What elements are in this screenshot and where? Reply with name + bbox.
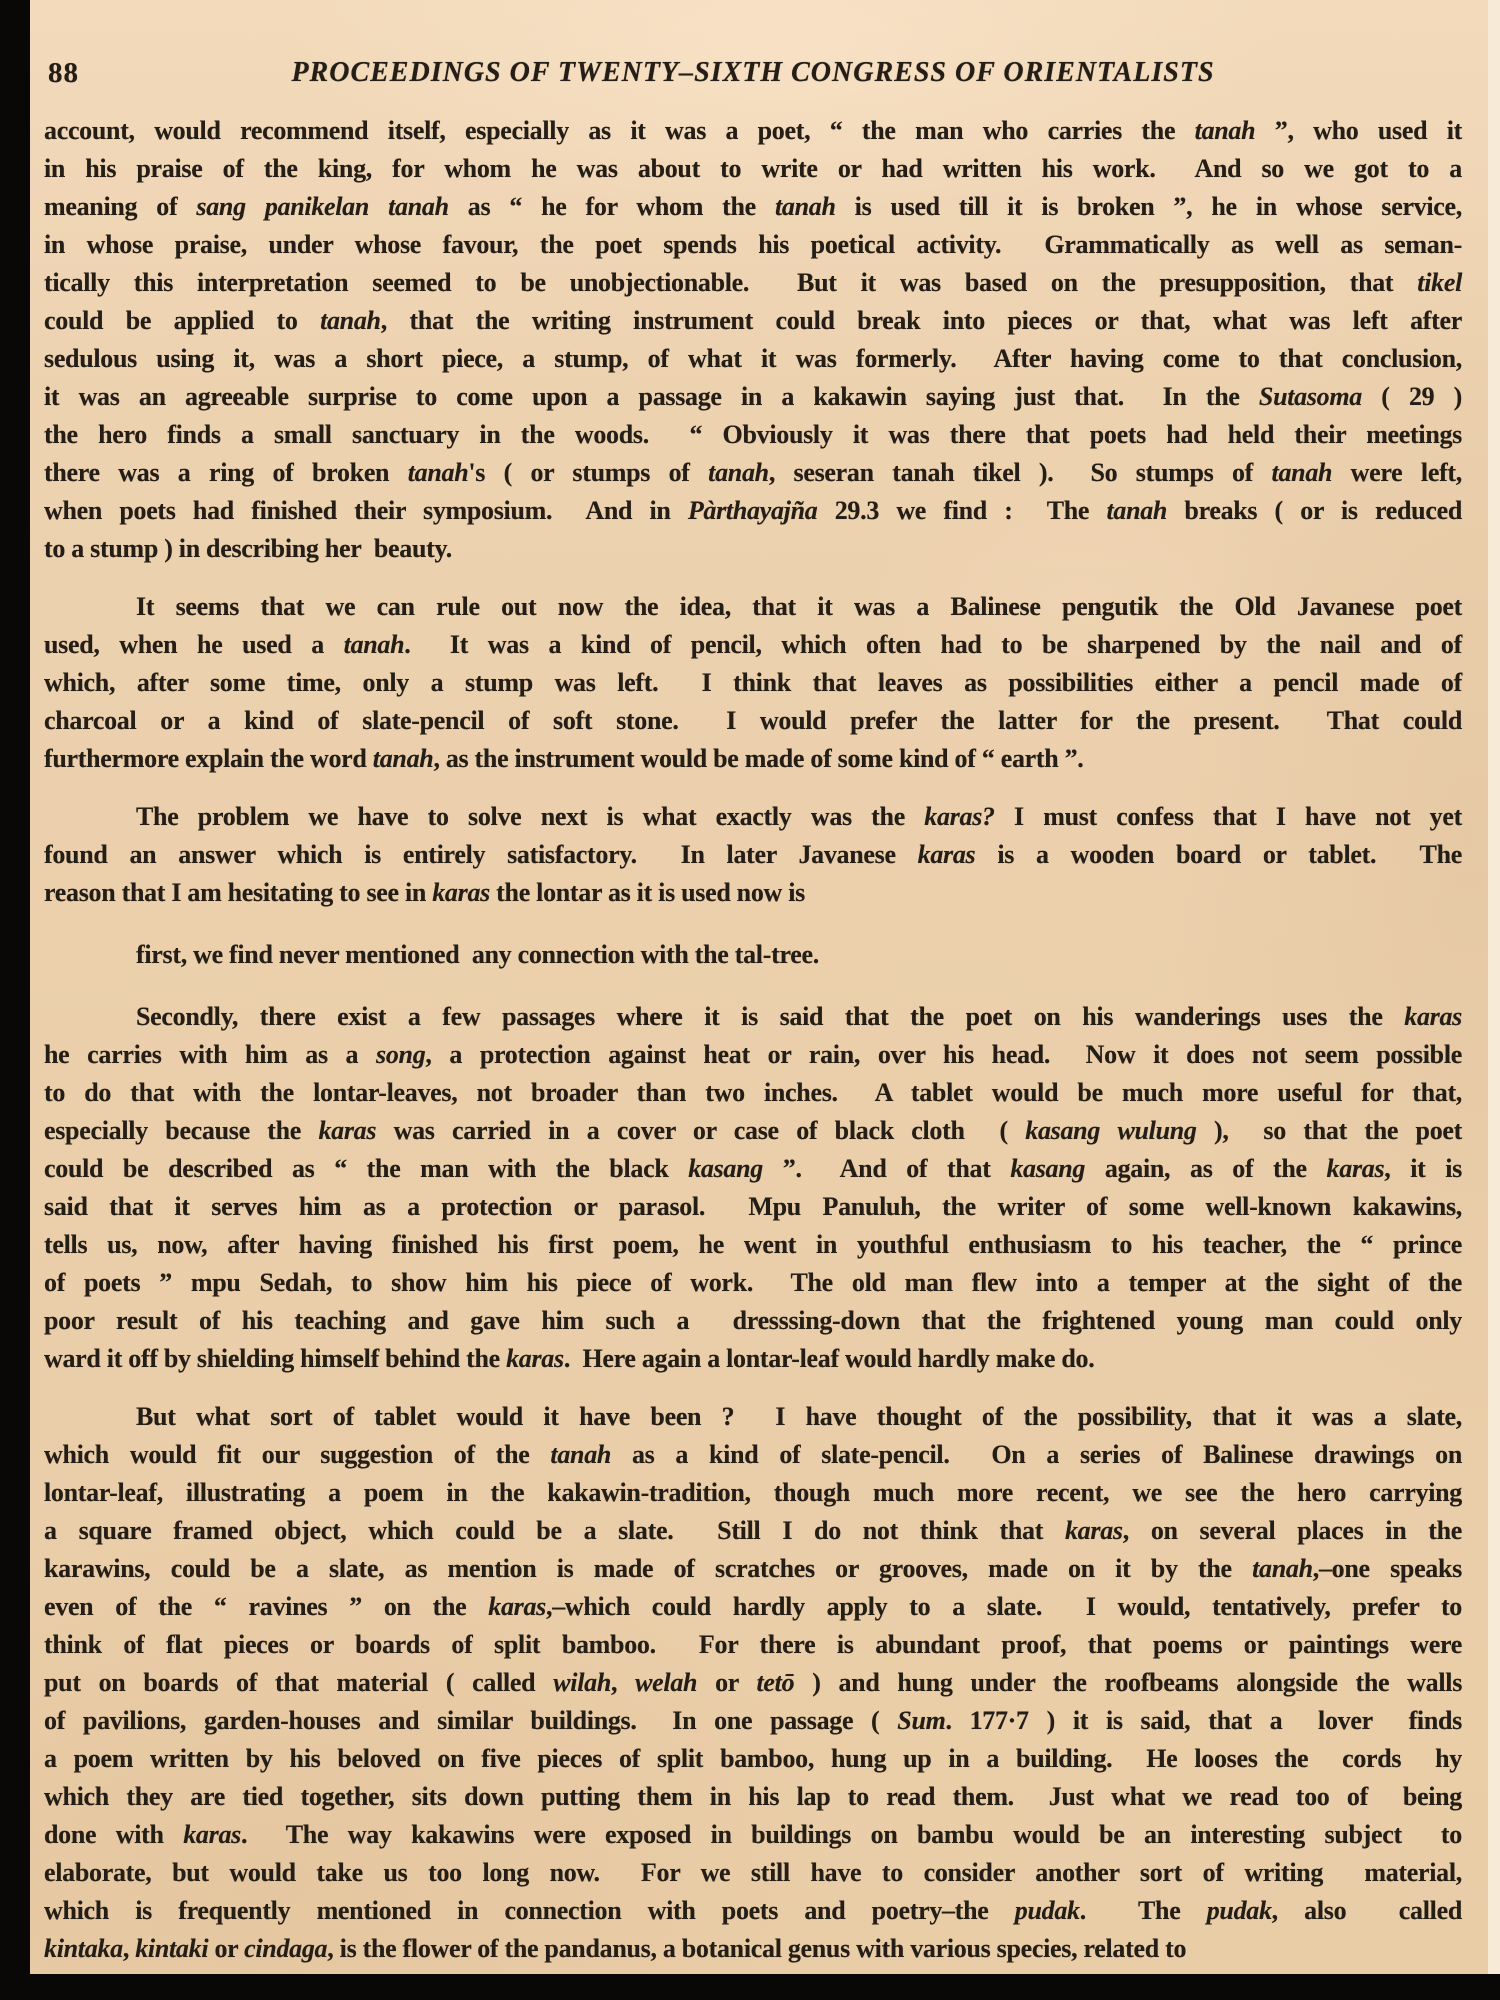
- text-run: done with: [44, 1820, 183, 1849]
- text-run: found an answer which is entirely satisf…: [44, 840, 918, 869]
- text-run: , that the writing instrument could brea…: [381, 306, 1462, 335]
- paragraph: first, we find never mentioned any conne…: [44, 936, 1462, 974]
- text-line: when poets had finished their symposium.…: [44, 492, 1462, 530]
- text-run: which is frequently mentioned in connect…: [44, 1896, 1015, 1925]
- text-run: . Here again a lontar-leaf would hardly …: [564, 1344, 1095, 1373]
- italic-term: Sum: [897, 1706, 945, 1735]
- text-run: of pavilions, garden-houses and similar …: [44, 1706, 897, 1735]
- text-run: which, after some time, only a stump was…: [44, 668, 1462, 697]
- text-line: ward it off by shielding himself behind …: [44, 1340, 1462, 1378]
- italic-term: tanah: [373, 744, 434, 773]
- text-run: or: [697, 1668, 756, 1697]
- italic-term: karas?: [924, 802, 994, 831]
- text-run: even of the “ ravines ” on the: [44, 1592, 488, 1621]
- italic-term: tanah: [320, 306, 381, 335]
- italic-term: tanah: [550, 1440, 611, 1469]
- text-run: ) and hung under the roofbeams alongside…: [794, 1668, 1462, 1697]
- italic-term: tanah: [1195, 116, 1256, 145]
- text-run: ”. And of that: [763, 1154, 1010, 1183]
- page-header-title: PROCEEDINGS OF TWENTY–SIXTH CONGRESS OF …: [44, 57, 1462, 89]
- text-run: ,–one speaks: [1313, 1554, 1462, 1583]
- text-line: which is frequently mentioned in connect…: [44, 1892, 1462, 1930]
- text-line: poor result of his teaching and gave him…: [44, 1302, 1462, 1340]
- text-line: even of the “ ravines ” on the karas,–wh…: [44, 1588, 1462, 1626]
- text-line: which they are tied together, sits down …: [44, 1778, 1462, 1816]
- text-run: as a kind of slate-pencil. On a series o…: [611, 1440, 1462, 1469]
- text-line: there was a ring of broken tanah's ( or …: [44, 454, 1462, 492]
- text-run: was carried in a cover or case of black …: [376, 1116, 1025, 1145]
- italic-term: kasang wulung: [1025, 1116, 1196, 1145]
- italic-term: tanah: [408, 458, 469, 487]
- text-run: used, when he used a: [44, 630, 344, 659]
- text-line: to do that with the lontar-leaves, not b…: [44, 1074, 1462, 1112]
- scan-edge-left: [0, 0, 30, 2000]
- text-line: But what sort of tablet would it have be…: [44, 1398, 1462, 1436]
- text-run: as “ he for whom the: [449, 192, 775, 221]
- italic-term: karas: [488, 1592, 546, 1621]
- text-run: charcoal or a kind of slate-pencil of so…: [44, 706, 1462, 735]
- text-run: a poem written by his beloved on five pi…: [44, 1744, 1462, 1773]
- text-run: in whose praise, under whose favour, the…: [44, 230, 1462, 259]
- text-run: especially because the: [44, 1116, 318, 1145]
- text-line: kintaka, kintaki or cindaga, is the flow…: [44, 1930, 1462, 1968]
- text-run: again, as of the: [1085, 1154, 1326, 1183]
- text-run: ( 29 ): [1362, 382, 1462, 411]
- text-run: could be described as “ the man with the…: [44, 1154, 688, 1183]
- text-run: . The way kakawins were exposed in build…: [241, 1820, 1462, 1849]
- text-run: breaks ( or is reduced: [1167, 496, 1462, 525]
- text-line: to a stump ) in describing her beauty.: [44, 530, 1462, 568]
- italic-term: cindaga: [244, 1934, 327, 1963]
- text-run: elaborate, but would take us too long no…: [44, 1858, 1462, 1887]
- text-line: the hero finds a small sanctuary in the …: [44, 416, 1462, 454]
- italic-term: sang panikelan tanah: [196, 192, 448, 221]
- text-run: put on boards of that material ( called: [44, 1668, 553, 1697]
- paragraph: It seems that we can rule out now the id…: [44, 588, 1462, 778]
- text-line: a square framed object, which could be a…: [44, 1512, 1462, 1550]
- text-run: tically this interpretation seemed to be…: [44, 268, 1417, 297]
- text-line: karawins, could be a slate, as mention i…: [44, 1550, 1462, 1588]
- text-run: ), so that the poet: [1197, 1116, 1462, 1145]
- italic-term: song: [376, 1040, 425, 1069]
- text-run: . It was a kind of pencil, which often h…: [404, 630, 1462, 659]
- text-run: ,: [123, 1934, 135, 1963]
- italic-term: kasang: [1010, 1154, 1085, 1183]
- text-run: , on several places in the: [1123, 1516, 1462, 1545]
- text-run: lontar-leaf, illustrating a poem in the …: [44, 1478, 1462, 1507]
- text-line: reason that I am hesitating to see in ka…: [44, 874, 1462, 912]
- italic-term: karas: [1404, 1002, 1462, 1031]
- text-run: I must confess that I have not yet: [995, 802, 1462, 831]
- text-run: , as the instrument would be made of som…: [433, 744, 1083, 773]
- italic-term: karas: [1327, 1154, 1385, 1183]
- italic-term: pudak: [1207, 1896, 1272, 1925]
- italic-term: tanah: [1106, 496, 1167, 525]
- text-line: elaborate, but would take us too long no…: [44, 1854, 1462, 1892]
- paragraph: The problem we have to solve next is wha…: [44, 798, 1462, 912]
- italic-term: tetō: [756, 1668, 794, 1697]
- text-run: to a stump ) in describing her beauty.: [44, 534, 452, 563]
- italic-term: karas: [506, 1344, 564, 1373]
- text-line: could be described as “ the man with the…: [44, 1150, 1462, 1188]
- text-run: the hero finds a small sanctuary in the …: [44, 420, 1462, 449]
- text-run: ,–which could hardly apply to a slate. I…: [546, 1592, 1462, 1621]
- italic-term: wilah: [553, 1668, 611, 1697]
- text-line: sedulous using it, was a short piece, a …: [44, 340, 1462, 378]
- text-run: when poets had finished their symposium.…: [44, 496, 688, 525]
- text-run: is a wooden board or tablet. The: [975, 840, 1462, 869]
- scan-edge-bottom: [0, 1974, 1500, 2000]
- text-run: is used till it is broken ”, he in whose…: [836, 192, 1462, 221]
- text-run: 29.3 we find : The: [817, 496, 1106, 525]
- paragraph: account, would recommend itself, especia…: [44, 112, 1462, 568]
- text-run: karawins, could be a slate, as mention i…: [44, 1554, 1252, 1583]
- text-run: The problem we have to solve next is wha…: [136, 802, 924, 831]
- text-run: . 177·7 ) it is said, that a lover finds: [946, 1706, 1462, 1735]
- italic-term: Pàrthayajña: [688, 496, 818, 525]
- text-line: which, after some time, only a stump was…: [44, 664, 1462, 702]
- text-run: in his praise of the king, for whom he w…: [44, 154, 1462, 183]
- text-run: or: [208, 1934, 244, 1963]
- text-run: there was a ring of broken: [44, 458, 408, 487]
- text-line: tells us, now, after having finished his…: [44, 1226, 1462, 1264]
- italic-term: karas: [183, 1820, 241, 1849]
- text-run: sedulous using it, was a short piece, a …: [44, 344, 1462, 373]
- italic-term: tanah: [1252, 1554, 1313, 1583]
- text-line: he carries with him as a song, a protect…: [44, 1036, 1462, 1074]
- text-line: found an answer which is entirely satisf…: [44, 836, 1462, 874]
- text-run: reason that I am hesitating to see in: [44, 878, 432, 907]
- text-run: furthermore explain the word: [44, 744, 373, 773]
- text-run: meaning of: [44, 192, 196, 221]
- body-text: account, would recommend itself, especia…: [44, 112, 1462, 1968]
- italic-term: pudak: [1015, 1896, 1080, 1925]
- text-run: poor result of his teaching and gave him…: [44, 1306, 1462, 1335]
- text-line: done with karas. The way kakawins were e…: [44, 1816, 1462, 1854]
- text-run: think of flat pieces or boards of split …: [44, 1630, 1462, 1659]
- text-run: ,: [611, 1668, 635, 1697]
- italic-term: karas: [1065, 1516, 1123, 1545]
- text-line: lontar-leaf, illustrating a poem in the …: [44, 1474, 1462, 1512]
- text-line: could be applied to tanah, that the writ…: [44, 302, 1462, 340]
- text-run: were left,: [1332, 458, 1462, 487]
- paragraph: Secondly, there exist a few passages whe…: [44, 998, 1462, 1378]
- text-run: first, we find never mentioned any conne…: [136, 940, 819, 969]
- text-run: , it is: [1384, 1154, 1462, 1183]
- text-line: especially because the karas was carried…: [44, 1112, 1462, 1150]
- text-line: put on boards of that material ( called …: [44, 1664, 1462, 1702]
- text-run: ward it off by shielding himself behind …: [44, 1344, 506, 1373]
- text-line: tically this interpretation seemed to be…: [44, 264, 1462, 302]
- italic-term: tanah: [775, 192, 836, 221]
- text-line: which would fit our suggestion of the ta…: [44, 1436, 1462, 1474]
- text-line: of poets ” mpu Sedah, to show him his pi…: [44, 1264, 1462, 1302]
- italic-term: tanah: [344, 630, 405, 659]
- text-line: in his praise of the king, for whom he w…: [44, 150, 1462, 188]
- italic-term: tanah: [1272, 458, 1333, 487]
- text-run: it was an agreeable surprise to come upo…: [44, 382, 1259, 411]
- text-run: which would fit our suggestion of the: [44, 1440, 550, 1469]
- text-line: meaning of sang panikelan tanah as “ he …: [44, 188, 1462, 226]
- text-line: used, when he used a tanah. It was a kin…: [44, 626, 1462, 664]
- text-run: which they are tied together, sits down …: [44, 1782, 1462, 1811]
- text-line: it was an agreeable surprise to come upo…: [44, 378, 1462, 416]
- text-run: 's ( or stumps of: [468, 458, 708, 487]
- italic-term: tikel: [1417, 268, 1462, 297]
- paragraph: But what sort of tablet would it have be…: [44, 1398, 1462, 1968]
- italic-term: Sutasoma: [1259, 382, 1362, 411]
- text-line: first, we find never mentioned any conne…: [44, 936, 1462, 974]
- text-line: account, would recommend itself, especia…: [44, 112, 1462, 150]
- text-line: think of flat pieces or boards of split …: [44, 1626, 1462, 1664]
- text-run: , a protection against heat or rain, ove…: [425, 1040, 1462, 1069]
- italic-term: karas: [918, 840, 976, 869]
- italic-term: karas: [432, 878, 490, 907]
- text-run: , also called: [1272, 1896, 1462, 1925]
- text-line: Secondly, there exist a few passages whe…: [44, 998, 1462, 1036]
- text-run: account, would recommend itself, especia…: [44, 116, 1195, 145]
- text-line: of pavilions, garden-houses and similar …: [44, 1702, 1462, 1740]
- italic-term: welah: [635, 1668, 697, 1697]
- italic-term: karas: [318, 1116, 376, 1145]
- italic-term: kasang: [688, 1154, 763, 1183]
- text-run: , seseran tanah tikel ). So stumps of: [769, 458, 1272, 487]
- text-line: a poem written by his beloved on five pi…: [44, 1740, 1462, 1778]
- text-line: said that it serves him as a protection …: [44, 1188, 1462, 1226]
- text-run: But what sort of tablet would it have be…: [136, 1402, 1462, 1431]
- text-run: ”, who used it: [1255, 116, 1462, 145]
- text-run: , is the flower of the pandanus, a botan…: [327, 1934, 1186, 1963]
- italic-term: kintaki: [135, 1934, 208, 1963]
- text-run: the lontar as it is used now is: [490, 878, 805, 907]
- scan-edge-right: [1488, 0, 1500, 1974]
- text-run: Secondly, there exist a few passages whe…: [136, 1002, 1404, 1031]
- text-run: tells us, now, after having finished his…: [44, 1230, 1462, 1259]
- text-line: The problem we have to solve next is wha…: [44, 798, 1462, 836]
- italic-term: tanah: [708, 458, 769, 487]
- text-run: a square framed object, which could be a…: [44, 1516, 1065, 1545]
- text-run: he carries with him as a: [44, 1040, 376, 1069]
- text-line: in whose praise, under whose favour, the…: [44, 226, 1462, 264]
- text-run: of poets ” mpu Sedah, to show him his pi…: [44, 1268, 1462, 1297]
- text-run: It seems that we can rule out now the id…: [136, 592, 1462, 621]
- text-line: charcoal or a kind of slate-pencil of so…: [44, 702, 1462, 740]
- italic-term: kintaka: [44, 1934, 123, 1963]
- text-run: said that it serves him as a protection …: [44, 1192, 1462, 1221]
- text-line: furthermore explain the word tanah, as t…: [44, 740, 1462, 778]
- text-run: to do that with the lontar-leaves, not b…: [44, 1078, 1462, 1107]
- text-run: . The: [1080, 1896, 1207, 1925]
- text-line: It seems that we can rule out now the id…: [44, 588, 1462, 626]
- text-run: could be applied to: [44, 306, 320, 335]
